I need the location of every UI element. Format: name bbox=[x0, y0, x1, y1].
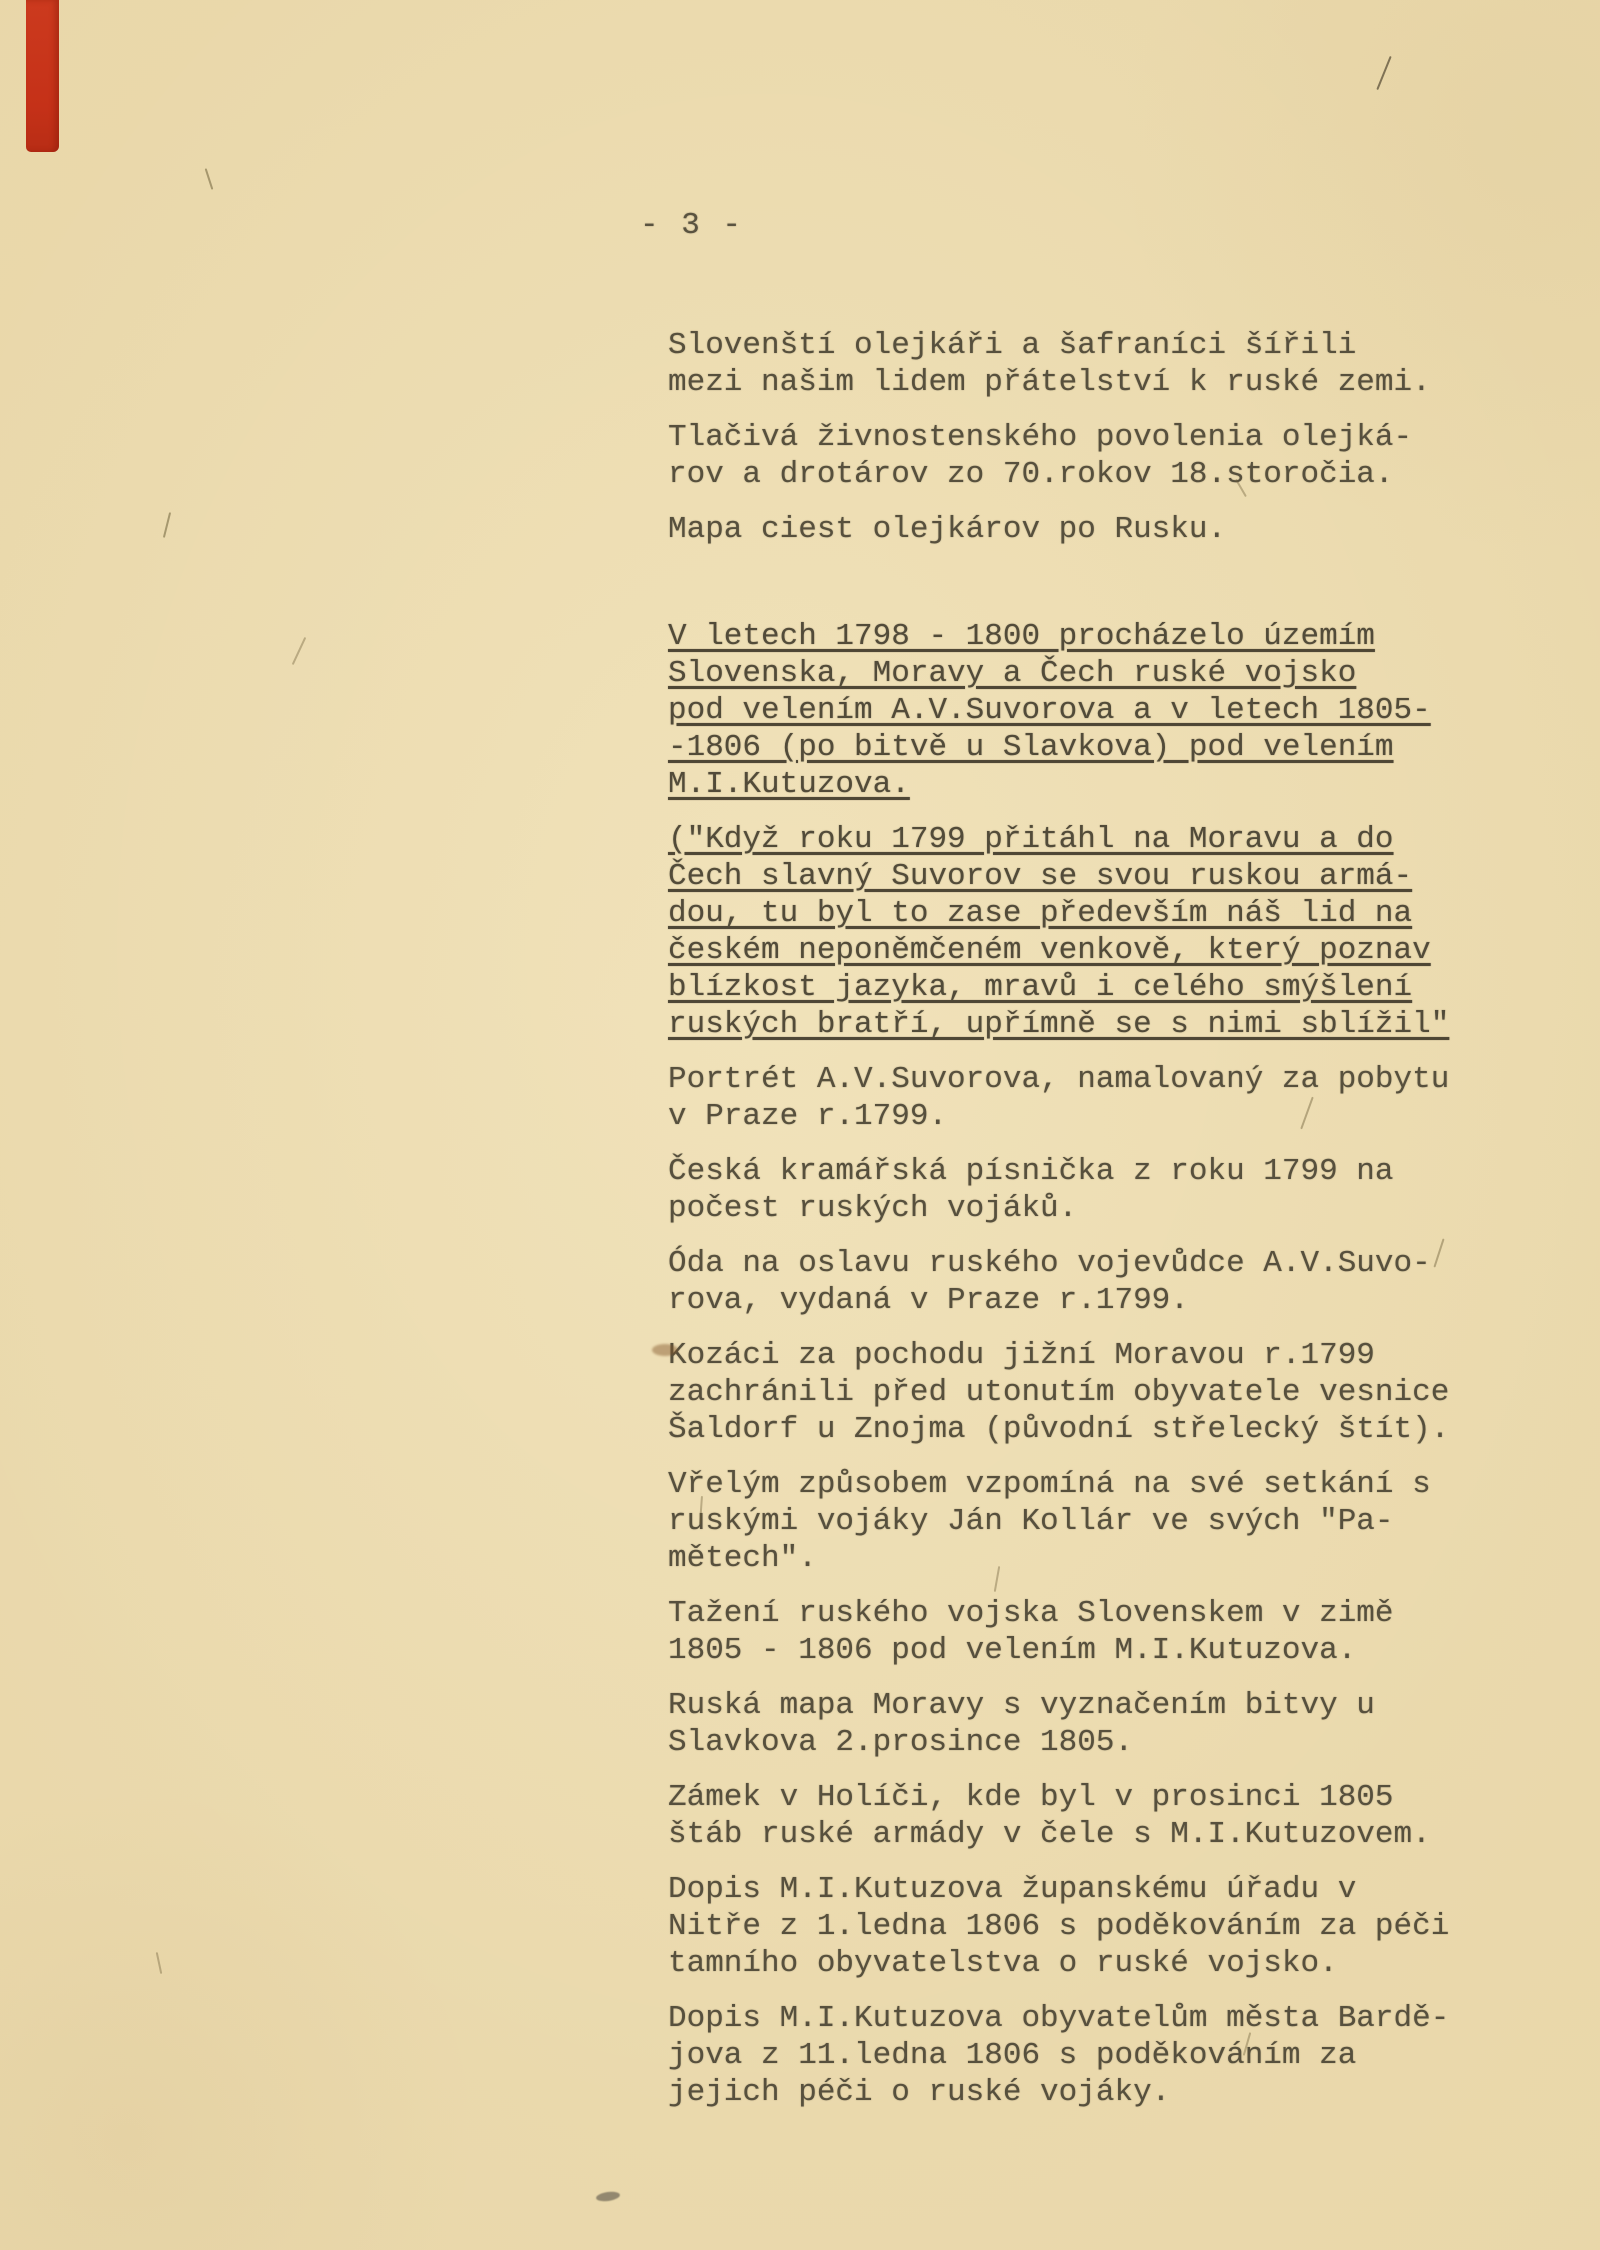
paragraph: Dopis M.I.Kutuzova županskému úřadu vNit… bbox=[668, 1871, 1478, 1982]
text-line: v Praze r.1799. bbox=[668, 1098, 1478, 1135]
text-line: Šaldorf u Znojma (původní střelecký štít… bbox=[668, 1411, 1478, 1448]
underlined-paragraph: ("Když roku 1799 přitáhl na Moravu a doČ… bbox=[668, 821, 1478, 1043]
underlined-paragraph: V letech 1798 - 1800 procházelo územímSl… bbox=[668, 618, 1478, 803]
paragraph: Tlačivá živnostenského povolenia olejká-… bbox=[668, 419, 1478, 493]
text-line: Slovenska, Moravy a Čech ruské vojsko bbox=[668, 655, 1478, 692]
text-line: ("Když roku 1799 přitáhl na Moravu a do bbox=[668, 821, 1478, 858]
text-line: M.I.Kutuzova. bbox=[668, 766, 1478, 803]
text-line: rov a drotárov zo 70.rokov 18.storočia. bbox=[668, 456, 1478, 493]
text-line: Nitře z 1.ledna 1806 s poděkováním za pé… bbox=[668, 1908, 1478, 1945]
text-line: Čech slavný Suvorov se svou ruskou armá- bbox=[668, 858, 1478, 895]
text-line: počest ruských vojáků. bbox=[668, 1190, 1478, 1227]
text-line: tamního obyvatelstva o ruské vojsko. bbox=[668, 1945, 1478, 1982]
text-line: Tažení ruského vojska Slovenskem v zimě bbox=[668, 1595, 1478, 1632]
text-line: Óda na oslavu ruského vojevůdce A.V.Suvo… bbox=[668, 1245, 1478, 1282]
text-line: rova, vydaná v Praze r.1799. bbox=[668, 1282, 1478, 1319]
paragraph: Slovenští olejkáři a šafraníci šířilimez… bbox=[668, 327, 1478, 401]
text-line: Slavkova 2.prosince 1805. bbox=[668, 1724, 1478, 1761]
paragraph: Dopis M.I.Kutuzova obyvatelům města Bard… bbox=[668, 2000, 1478, 2111]
text-line: Zámek v Holíči, kde byl v prosinci 1805 bbox=[668, 1779, 1478, 1816]
text-line: Dopis M.I.Kutuzova obyvatelům města Bard… bbox=[668, 2000, 1478, 2037]
text-line: českém neponěmčeném venkově, který pozna… bbox=[668, 932, 1478, 969]
text-line: Portrét A.V.Suvorova, namalovaný za poby… bbox=[668, 1061, 1478, 1098]
page-number: - 3 - bbox=[640, 208, 743, 243]
text-line: Česká kramářská písnička z roku 1799 na bbox=[668, 1153, 1478, 1190]
paragraph: Česká kramářská písnička z roku 1799 nap… bbox=[668, 1153, 1478, 1227]
paragraph: Mapa ciest olejkárov po Rusku. bbox=[668, 511, 1478, 548]
stain-mark bbox=[652, 1344, 678, 1356]
text-line: dou, tu byl to zase především náš lid na bbox=[668, 895, 1478, 932]
text-line: 1805 - 1806 pod velením M.I.Kutuzova. bbox=[668, 1632, 1478, 1669]
text-line: mezi našim lidem přátelství k ruské zemi… bbox=[668, 364, 1478, 401]
document-body: Slovenští olejkáři a šafraníci šířilimez… bbox=[668, 327, 1478, 2129]
text-line: mětech". bbox=[668, 1540, 1478, 1577]
red-binding-mark bbox=[26, 0, 59, 152]
text-line: -1806 (po bitvě u Slavkova) pod velením bbox=[668, 729, 1478, 766]
text-line: pod velením A.V.Suvorova a v letech 1805… bbox=[668, 692, 1478, 729]
text-line: štáb ruské armády v čele s M.I.Kutuzovem… bbox=[668, 1816, 1478, 1853]
paragraph: Kozáci za pochodu jižní Moravou r.1799za… bbox=[668, 1337, 1478, 1448]
text-line: jova z 11.ledna 1806 s poděkováním za bbox=[668, 2037, 1478, 2074]
text-line: ruskými vojáky Ján Kollár ve svých "Pa- bbox=[668, 1503, 1478, 1540]
paragraph: Zámek v Holíči, kde byl v prosinci 1805š… bbox=[668, 1779, 1478, 1853]
text-line: Dopis M.I.Kutuzova županskému úřadu v bbox=[668, 1871, 1478, 1908]
text-line: Mapa ciest olejkárov po Rusku. bbox=[668, 511, 1478, 548]
text-line: V letech 1798 - 1800 procházelo územím bbox=[668, 618, 1478, 655]
text-line: jejich péči o ruské vojáky. bbox=[668, 2074, 1478, 2111]
text-line: Slovenští olejkáři a šafraníci šířili bbox=[668, 327, 1478, 364]
paragraph: Portrét A.V.Suvorova, namalovaný za poby… bbox=[668, 1061, 1478, 1135]
text-line: Vřelým způsobem vzpomíná na své setkání … bbox=[668, 1466, 1478, 1503]
paragraph: Óda na oslavu ruského vojevůdce A.V.Suvo… bbox=[668, 1245, 1478, 1319]
text-line: blízkost jazyka, mravů i celého smýšlení bbox=[668, 969, 1478, 1006]
text-line: Tlačivá živnostenského povolenia olejká- bbox=[668, 419, 1478, 456]
text-line: ruských bratří, upřímně se s nimi sblíži… bbox=[668, 1006, 1478, 1043]
text-line: zachránili před utonutím obyvatele vesni… bbox=[668, 1374, 1478, 1411]
text-line: Ruská mapa Moravy s vyznačením bitvy u bbox=[668, 1687, 1478, 1724]
paragraph: Ruská mapa Moravy s vyznačením bitvy uSl… bbox=[668, 1687, 1478, 1761]
paragraph: Vřelým způsobem vzpomíná na své setkání … bbox=[668, 1466, 1478, 1577]
paragraph: Tažení ruského vojska Slovenskem v zimě1… bbox=[668, 1595, 1478, 1669]
text-line: Kozáci za pochodu jižní Moravou r.1799 bbox=[668, 1337, 1478, 1374]
